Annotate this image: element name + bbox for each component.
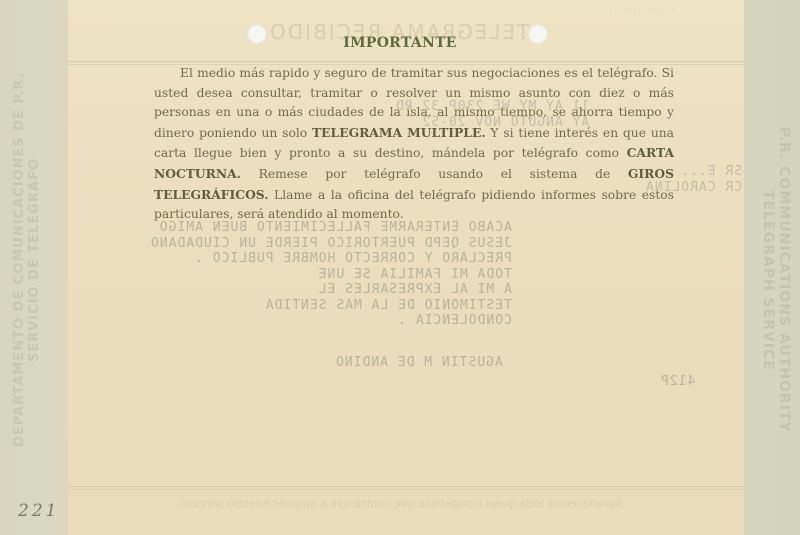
right-band-mirrored-text: P.R. COMMUNICATIONS AUTHORITY TELEGRAPH … xyxy=(752,90,792,470)
bottom-rule-secondary xyxy=(68,489,744,490)
bleed-through-message: ACABO ENTERARME FALLECIMIENTO BUEN AMIGO… xyxy=(150,220,512,329)
top-rule xyxy=(68,61,744,62)
top-small-mirrored-print: - - - - - - - - - - - - - - - xyxy=(605,6,674,14)
notice-title: IMPORTANTE xyxy=(0,35,800,51)
bleed-through-signature: AGUSTIN M DE ANDINO xyxy=(335,355,503,371)
bleed-through-time: 412P xyxy=(660,374,695,390)
notice-paragraph: El medio más rapido y seguro de tramitar… xyxy=(154,64,674,225)
footer-mirrored-note: Agradecemos toda queja o sugestión que c… xyxy=(0,497,800,510)
left-band-mirrored-text: DEPARTAMENTO DE COMUNICACIONES DE P.R. S… xyxy=(12,60,62,460)
notice-body: El medio más rapido y seguro de tramitar… xyxy=(154,64,674,225)
bleed-through-address: SR E... CR CAROLINA xyxy=(645,164,742,195)
bleed-through-header-info: 11 AY MY WE 230P 32 PD AY ANGUTO NOV 20-… xyxy=(395,99,589,130)
body-text-part: Remese por telégrafo usando el sistema d… xyxy=(241,167,628,181)
bottom-rule xyxy=(68,486,744,487)
handwritten-number: 221 xyxy=(18,501,59,521)
